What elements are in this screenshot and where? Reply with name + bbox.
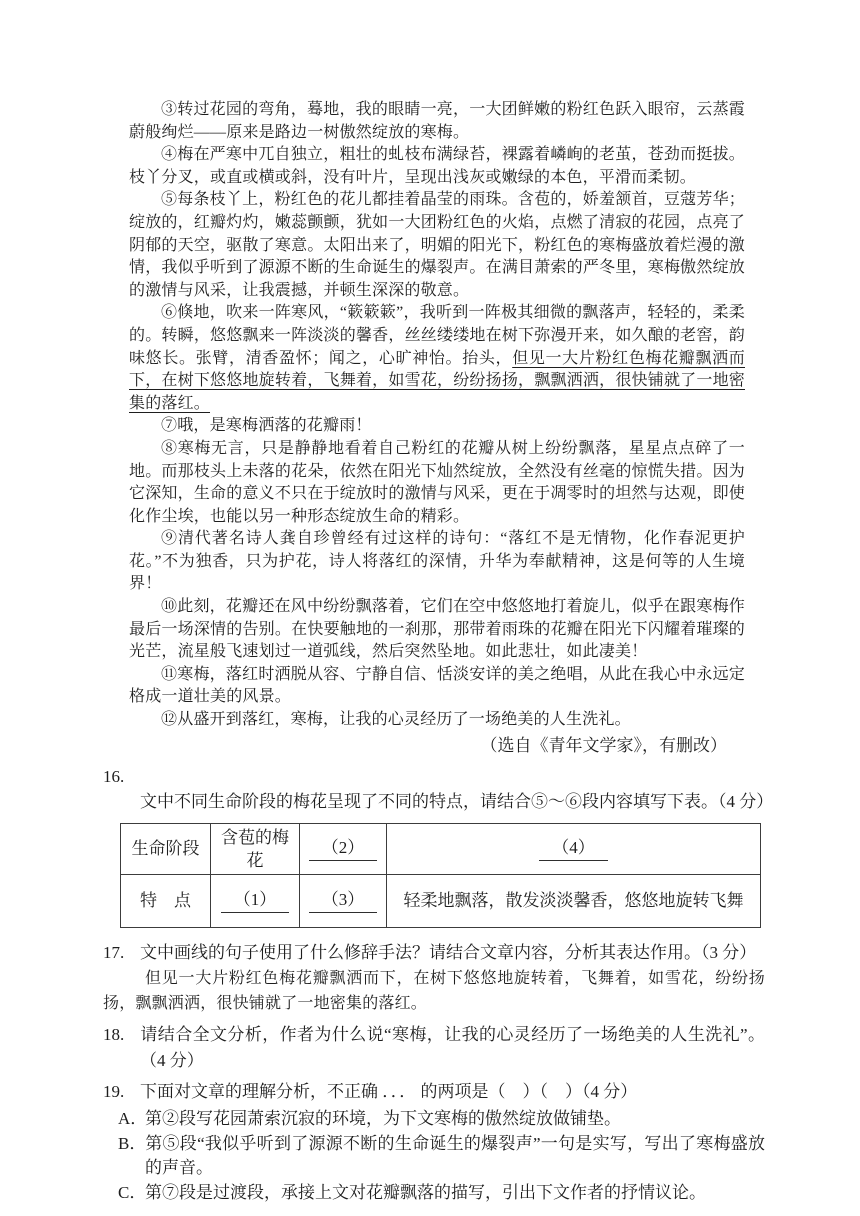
table-cell-feature-falling: 轻柔地飘落，散发淡淡馨香，悠悠地旋转飞舞 — [387, 874, 761, 927]
blank-4-underline: （4） — [539, 836, 608, 861]
blank-2-underline: （2） — [309, 836, 378, 861]
option-b: B．第⑤段“我似乎听到了源源不断的生命诞生的爆裂声”一句是实写，写出了寒梅盛放的… — [118, 1132, 765, 1179]
table-row-features: 特 点 （1） （3） 轻柔地飘落，散发淡淡馨香，悠悠地旋转飞舞 — [121, 874, 761, 927]
question-19-text: 下面对文章的理解分析，不正确 ．．． 的两项是（ ）（ ）（4 分） — [140, 1082, 637, 1101]
fill-in-table: 生命阶段 含苞的梅花 （2） （4） 特 点 （1） （3） 轻柔地飘落，散发淡… — [120, 823, 761, 928]
table-cell-stage-header: 生命阶段 — [121, 823, 211, 874]
question-17-text: 文中画线的句子使用了什么修辞手法？请结合文章内容，分析其表达作用。（3 分） — [140, 943, 756, 962]
question-18-number: 18. — [103, 1022, 140, 1048]
option-c: C．第⑦段是过渡段，承接上文对花瓣飘落的描写，引出下文作者的抒情议论。 — [118, 1181, 765, 1205]
table-cell-blank-2: （2） — [300, 823, 387, 874]
paragraph-8: ⑧寒梅无言，只是静静地看着自己粉红的花瓣从树上纷纷飘落，星星点点碎了一地。而那枝… — [129, 438, 745, 528]
table-cell-stage-budding: 含苞的梅花 — [211, 823, 300, 874]
question-17: 17.文中画线的句子使用了什么修辞手法？请结合文章内容，分析其表达作用。（3 分… — [103, 940, 765, 966]
paragraph-12: ⑫从盛开到落红，寒梅，让我的心灵经历了一场绝美的人生洗礼。 — [129, 709, 745, 732]
table-cell-blank-4: （4） — [387, 823, 761, 874]
option-a: A．第②段写花园萧索沉寂的环境，为下文寒梅的傲然绽放做铺垫。 — [118, 1107, 765, 1131]
question-19-options: A．第②段写花园萧索沉寂的环境，为下文寒梅的傲然绽放做铺垫。 B．第⑤段“我似乎… — [103, 1107, 765, 1205]
option-b-text: 第⑤段“我似乎听到了源源不断的生命诞生的爆裂声”一句是实写，写出了寒梅盛放的声音… — [145, 1134, 765, 1177]
source-attribution: （选自《青年文学家》，有删改） — [103, 734, 727, 758]
question-18-text: 请结合全文分析，作者为什么说“寒梅，让我的心灵经历了一场绝美的人生洗礼”。（4 … — [140, 1025, 765, 1070]
reading-passage: ③转过花园的弯角，蓦地，我的眼睛一亮，一大团鲜嫩的粉红色跃入眼帘，云蒸霞蔚般绚烂… — [129, 99, 745, 732]
question-19: 19.下面对文章的理解分析，不正确 ．．． 的两项是（ ）（ ）（4 分） — [103, 1079, 765, 1105]
paragraph-3: ③转过花园的弯角，蓦地，我的眼睛一亮，一大团鲜嫩的粉红色跃入眼帘，云蒸霞蔚般绚烂… — [129, 99, 745, 144]
question-19-number: 19. — [103, 1079, 140, 1105]
question-16-number: 16. — [103, 764, 140, 790]
paragraph-6: ⑥倏地，吹来一阵寒风，“簌簌簌”，我听到一阵极其细微的飘落声，轻轻的，柔柔的。转… — [129, 302, 745, 415]
option-c-label: C． — [118, 1181, 145, 1205]
question-16: 16.文中不同生命阶段的梅花呈现了不同的特点，请结合⑤～⑥段内容填写下表。（4 … — [103, 764, 765, 815]
question-18: 18.请结合全文分析，作者为什么说“寒梅，让我的心灵经历了一场绝美的人生洗礼”。… — [103, 1022, 765, 1073]
option-a-text: 第②段写花园萧索沉寂的环境，为下文寒梅的傲然绽放做铺垫。 — [145, 1109, 621, 1128]
paragraph-11: ⑪寒梅，落红时洒脱从容、宁静自信、恬淡安详的美之绝唱，从此在我心中永远定格成一道… — [129, 664, 745, 709]
table-cell-feature-header: 特 点 — [121, 874, 211, 927]
option-c-text: 第⑦段是过渡段，承接上文对花瓣飘落的描写，引出下文作者的抒情议论。 — [145, 1183, 706, 1202]
question-17-quoted-sentence: 但见一大片粉红色梅花瓣飘洒而下，在树下悠悠地旋转着，飞舞着，如雪花，纷纷扬扬，飘… — [103, 967, 765, 1016]
blank-1-underline: （1） — [221, 888, 290, 913]
question-17-number: 17. — [103, 940, 140, 966]
table-cell-blank-3: （3） — [300, 874, 387, 927]
option-a-label: A． — [118, 1107, 145, 1131]
paragraph-7: ⑦哦，是寒梅洒落的花瓣雨！ — [129, 415, 745, 438]
option-b-label: B． — [118, 1132, 145, 1156]
paragraph-4: ④梅在严寒中兀自独立，粗壮的虬枝布满绿苔，裸露着嶙峋的老茧，苍劲而挺拔。枝丫分叉… — [129, 144, 745, 189]
paragraph-10: ⑩此刻，花瓣还在风中纷纷飘落着，它们在空中悠悠地打着旋儿，似乎在跟寒梅作最后一场… — [129, 596, 745, 664]
exam-page: ③转过花园的弯角，蓦地，我的眼睛一亮，一大团鲜嫩的粉红色跃入眼帘，云蒸霞蔚般绚烂… — [0, 0, 860, 1216]
blank-3-underline: （3） — [309, 888, 378, 913]
question-16-text: 文中不同生命阶段的梅花呈现了不同的特点，请结合⑤～⑥段内容填写下表。（4 分） — [140, 792, 773, 811]
paragraph-9: ⑨清代著名诗人龚自珍曾经有过这样的诗句：“落红不是无情物，化作春泥更护花。”不为… — [129, 528, 745, 596]
paragraph-5: ⑤每条枝丫上，粉红色的花儿都挂着晶莹的雨珠。含苞的，娇羞颔首，豆蔻芳华；绽放的，… — [129, 189, 745, 302]
table-cell-blank-1: （1） — [211, 874, 300, 927]
table-row-stages: 生命阶段 含苞的梅花 （2） （4） — [121, 823, 761, 874]
